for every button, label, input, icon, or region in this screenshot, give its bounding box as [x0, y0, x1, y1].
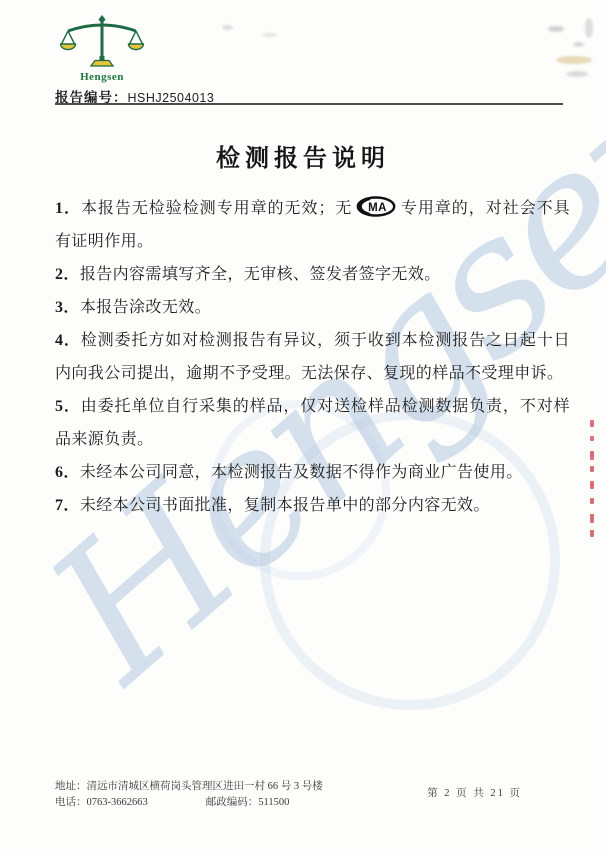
- report-page: Hengsen Hengsen 报告编号：HSH: [0, 0, 606, 855]
- item-text: 报告内容需填写齐全，无审核、签发者签字无效。: [80, 266, 441, 283]
- notice-item-3: 3．本报告涂改无效。: [55, 291, 570, 324]
- item-text: 未经本公司同意，本检测报告及数据不得作为商业广告使用。: [80, 464, 523, 481]
- item-text: 本报告涂改无效。: [80, 299, 211, 316]
- page-title: 检测报告说明: [0, 138, 606, 173]
- item-number: 4．: [55, 332, 81, 349]
- phone-label: 电话：: [55, 797, 87, 808]
- scan-red-mark: [590, 481, 594, 489]
- header-divider: [55, 103, 563, 105]
- footer-address-line: 地址：清远市清城区横荷岗头管理区进田一村 66 号 3 号楼: [55, 779, 323, 795]
- footer-contact: 地址：清远市清城区横荷岗头管理区进田一村 66 号 3 号楼 电话：0763-3…: [55, 779, 323, 810]
- item-text: 未经本公司书面批准，复制本报告单中的部分内容无效。: [80, 497, 490, 514]
- scan-smudge: [566, 71, 588, 77]
- item-text: 由委托单位自行采集的样品，仅对送检样品检测数据负责，不对样品来源负责。: [55, 398, 570, 448]
- scan-red-mark: [590, 420, 594, 427]
- notice-item-7: 7．未经本公司书面批准，复制本报告单中的部分内容无效。: [55, 489, 570, 522]
- scan-smudge: [262, 33, 277, 37]
- scan-red-mark: [590, 451, 594, 460]
- address-value: 清远市清城区横荷岗头管理区进田一村 66 号 3 号楼: [87, 781, 323, 792]
- postcode-label: 邮政编码：: [206, 797, 259, 808]
- notice-list: 1．本报告无检验检测专用章的无效；无MA专用章的，对社会不具有证明作用。 2．报…: [55, 192, 570, 522]
- item-number: 2．: [55, 266, 80, 283]
- page-number: 第 2 页 共 21 页: [427, 785, 522, 800]
- item-number: 1．: [55, 200, 81, 217]
- svg-text:MA: MA: [369, 202, 388, 214]
- scan-red-mark: [590, 498, 594, 504]
- item-number: 6．: [55, 464, 80, 481]
- notice-item-5: 5．由委托单位自行采集的样品，仅对送检样品检测数据负责，不对样品来源负责。: [55, 390, 570, 456]
- item-text: 本报告无检验检测专用章的无效；无: [81, 200, 352, 217]
- scan-smudge: [222, 25, 233, 30]
- scan-smudge: [556, 56, 592, 64]
- scan-smudge: [573, 42, 584, 47]
- postcode-value: 511500: [258, 797, 289, 808]
- notice-item-4: 4．检测委托方如对检测报告有异议，须于收到本检测报告之日起十日内向我公司提出，逾…: [55, 324, 570, 390]
- notice-item-2: 2．报告内容需填写齐全，无审核、签发者签字无效。: [55, 258, 570, 291]
- item-number: 7．: [55, 497, 80, 514]
- scan-smudge: [548, 26, 564, 32]
- scan-smudge: [585, 18, 593, 38]
- footer-phone-line: 电话：0763-3662663邮政编码：511500: [55, 795, 323, 811]
- item-number: 5．: [55, 398, 81, 415]
- company-logo: Hengsen: [57, 14, 147, 83]
- item-text: 检测委托方如对检测报告有异议，须于收到本检测报告之日起十日内向我公司提出，逾期不…: [55, 332, 570, 382]
- scan-red-mark: [590, 436, 594, 441]
- address-label: 地址：: [55, 781, 87, 792]
- logo-wordmark: Hengsen: [57, 71, 147, 83]
- postcode-group: 邮政编码：511500: [206, 797, 290, 808]
- scan-red-mark: [590, 530, 594, 537]
- notice-item-1: 1．本报告无检验检测专用章的无效；无MA专用章的，对社会不具有证明作用。: [55, 192, 570, 258]
- notice-item-6: 6．未经本公司同意，本检测报告及数据不得作为商业广告使用。: [55, 456, 570, 489]
- cma-mark-icon: MA: [356, 196, 396, 217]
- scan-red-mark: [590, 466, 594, 472]
- phone-value: 0763-3662663: [87, 797, 148, 808]
- item-number: 3．: [55, 299, 80, 316]
- scales-logo-icon: [60, 55, 144, 72]
- scan-red-mark: [590, 514, 594, 523]
